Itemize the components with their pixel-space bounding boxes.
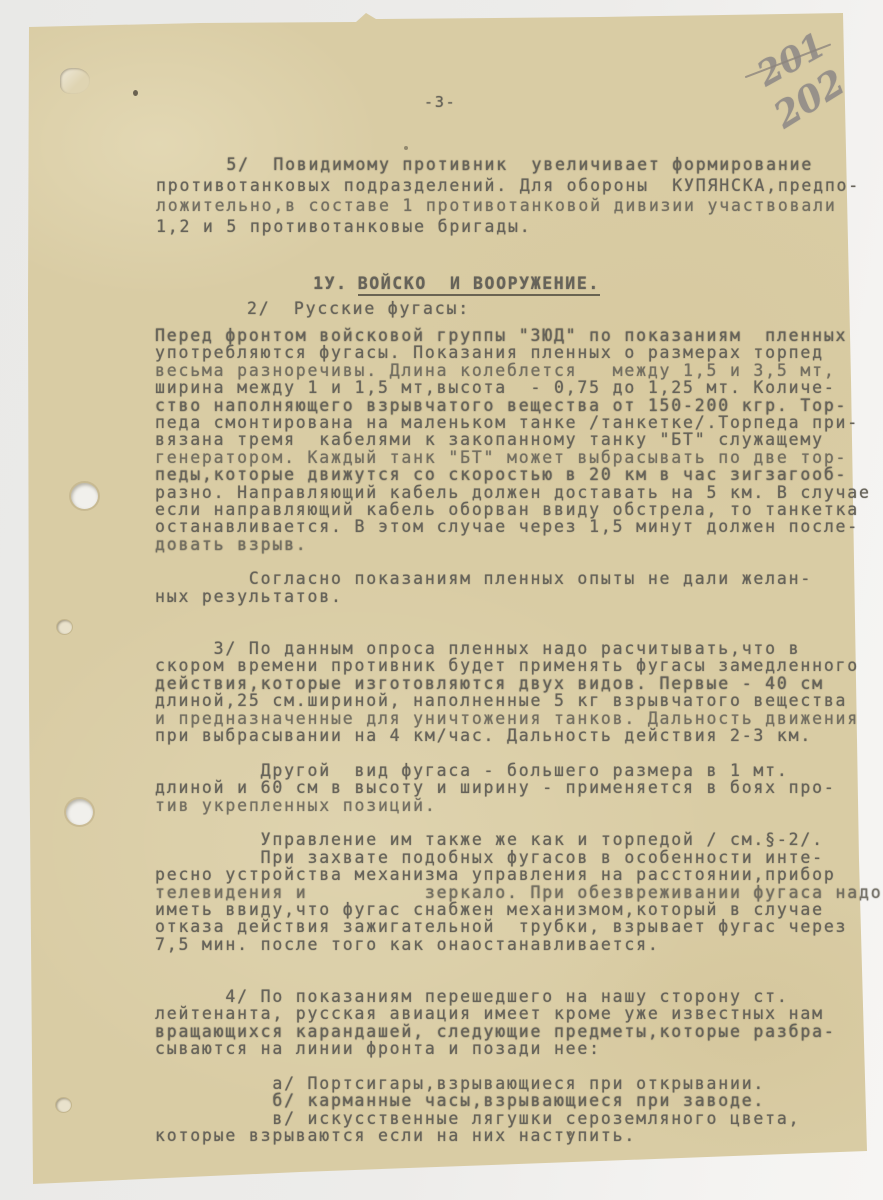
text-line xyxy=(155,814,883,831)
text-line: в/ искусственные лягушки сероземляного ц… xyxy=(155,1110,883,1127)
text-line: которые взрываются если на них наступить… xyxy=(155,1127,883,1144)
text-line: 4/ По показаниям перешедшего на нашу сто… xyxy=(155,988,883,1005)
text-line: довать взрыв. xyxy=(155,536,883,553)
text-line xyxy=(155,605,883,622)
text-line: весьма разноречивы. Длина колеблется меж… xyxy=(155,362,883,379)
body-text: Перед фронтом войсковой группы "ЗЮД" по … xyxy=(155,327,883,1144)
paper-speck xyxy=(404,146,408,150)
text-line: телевидения и зеркало. При обезвреживани… xyxy=(155,884,883,901)
text-line: отказа действия зажигательной трубки, вз… xyxy=(155,918,883,935)
text-line: а/ Портсигары,взрывающиеся при открывани… xyxy=(155,1075,883,1092)
page-number: -3- xyxy=(424,94,457,111)
text-line: действия,которые изготовляются двух видо… xyxy=(155,675,883,692)
text-line: 3/ По данным опроса пленных надо расчиты… xyxy=(155,640,883,657)
text-line: Управление им также же как и торпедой / … xyxy=(155,831,883,848)
text-line: 5/ Повидимому противник увеличивает форм… xyxy=(156,155,860,176)
text-line: Перед фронтом войсковой группы "ЗЮД" по … xyxy=(155,327,883,344)
text-line: если направляющий кабель оборван ввиду о… xyxy=(155,501,883,518)
text-line: при выбрасывании на 4 км/час. Дальность … xyxy=(155,727,883,744)
text-line: скором времени противник будет применять… xyxy=(155,657,883,674)
paper-speck xyxy=(133,90,138,96)
text-line: длиной,25 см.шириной, наполненные 5 кг в… xyxy=(155,692,883,709)
text-line xyxy=(155,553,883,570)
text-line: вращающихся карандашей, следующие предме… xyxy=(155,1023,883,1040)
text-line: педы,которые движутся со скоростью в 20 … xyxy=(155,466,883,483)
text-line: лейтенанта, русская авиация имеет кроме … xyxy=(155,1005,883,1022)
text-line: ширина между 1 и 1,5 мт,высота - 0,75 до… xyxy=(155,379,883,396)
text-line: употребляются фугасы. Показания пленных … xyxy=(155,344,883,361)
text-line xyxy=(155,744,883,761)
text-line: останавливается. В этом случае через 1,5… xyxy=(155,518,883,535)
text-line xyxy=(155,953,883,970)
punch-hole xyxy=(66,799,93,825)
text-line: генератором. Каждый танк "БТ" может выбр… xyxy=(155,449,883,466)
scanned-document-screenshot: { "colors": { "paper": "#d9cca4", "ink":… xyxy=(0,0,883,1200)
text-line: педа смонтирована на маленьком танке /та… xyxy=(155,414,883,431)
text-line: иметь ввиду,что фугас снабжен механизмом… xyxy=(155,901,883,918)
subsection-label: 2/ Русские фугасы: xyxy=(247,300,470,317)
text-line xyxy=(155,970,883,987)
section-heading-numeral: 1У. xyxy=(313,274,348,293)
intro-paragraph: 5/ Повидимому противник увеличивает форм… xyxy=(156,155,860,237)
text-line: разно. Направляющий кабель должен достав… xyxy=(155,484,883,501)
punch-hole xyxy=(71,483,98,509)
text-line: тив укрепленных позиций. xyxy=(155,797,883,814)
text-line: б/ карманные часы,взрывающиеся при завод… xyxy=(155,1092,883,1109)
text-line: 1,2 и 5 противотанковые бригады. xyxy=(156,217,860,238)
punch-hole xyxy=(57,620,72,634)
section-heading: 1У.ВОЙСКО И ВООРУЖЕНИЕ. xyxy=(290,258,600,293)
text-line: вязана тремя кабелями к закопанному танк… xyxy=(155,431,883,448)
punch-hole xyxy=(56,1098,71,1112)
text-line: и предназначенные для уничтожения танков… xyxy=(155,710,883,727)
text-line: ресно устройства механизма управления на… xyxy=(155,866,883,883)
section-heading-title: ВОЙСКО И ВООРУЖЕНИЕ. xyxy=(358,274,600,296)
text-line: противотанковых подразделений. Для оборо… xyxy=(156,176,860,197)
text-line: сываются на линии фронта и позади нее: xyxy=(155,1040,883,1057)
text-line: 7,5 мин. после того как онаостанавливает… xyxy=(155,936,883,953)
text-line: длиной и 60 см в высоту и ширину - приме… xyxy=(155,779,883,796)
text-line: Согласно показаниям пленных опыты не дал… xyxy=(155,570,883,587)
text-line: ных результатов. xyxy=(155,588,883,605)
text-line: При захвате подобных фугасов в особеннос… xyxy=(155,849,883,866)
text-line: Другой вид фугаса - большего размера в 1… xyxy=(155,762,883,779)
text-line: ложительно,в составе 1 противотанковой д… xyxy=(156,196,860,217)
text-line xyxy=(155,1057,883,1074)
text-line: ство наполняющего взрывчатого вещества о… xyxy=(155,397,883,414)
text-line xyxy=(155,623,883,640)
